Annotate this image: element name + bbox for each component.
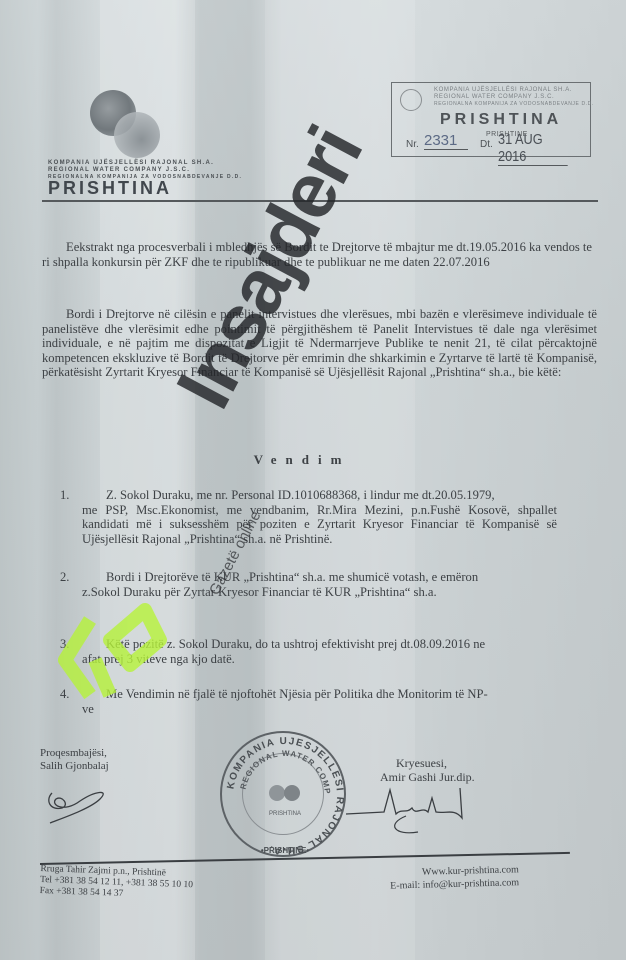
svg-text:PRISHTINA: PRISHTINA [269,811,301,817]
stamp-date-value: 31 AUG 2016 [498,131,568,166]
preamble-paragraph: Bordi i Drejtorve në cilësin e panelit i… [42,307,597,380]
registry-stamp: KOMPANIA UJËSJELLËSI RAJONAL SH.A. REGIO… [391,82,591,157]
secretary-signature-block: Proqesmbajësi, Salih Gjonbalaj [40,747,120,829]
decision-item: 1. Z. Sokol Duraku, me nr. Personal ID.1… [42,488,557,546]
brand-logo-icon [50,600,170,710]
chair-signature-block: Kryesuesi, Amir Gashi Jur.dip. [396,756,486,847]
company-name: PRISHTINA [48,178,172,199]
company-seal: KOMPANIA UJESJELLESI RAJONAL SH.A. REGIO… [220,731,346,857]
decision-title: Vendim [42,452,562,468]
svg-text:•PRISHTINE•: •PRISHTINE• [261,846,309,855]
stamp-dt-label: Dt. [480,139,493,150]
stamp-nr-label: Nr. [406,139,419,150]
handwritten-signature-icon [40,775,120,825]
decision-item: 2. Bordi i Drejtorëve të KUR „Prishtina“… [42,570,557,599]
stamp-name: PRISHTINA [440,111,562,129]
seal-text-icon: KOMPANIA UJESJELLESI RAJONAL SH.A. REGIO… [222,733,348,859]
globe-logo-icon [90,90,160,158]
footer-web: Www.kur-prishtina.com E-mail: info@kur-p… [384,863,520,893]
item-number: 1. [60,488,69,503]
handwritten-signature-icon [346,784,486,844]
stamp-logo-icon [400,89,422,111]
footer-contact: Rruga Tahir Zajmi p.n., Prishtinë Tel +3… [39,864,193,902]
item-number: 2. [60,570,69,585]
stamp-nr-value: 2331 [424,132,468,150]
